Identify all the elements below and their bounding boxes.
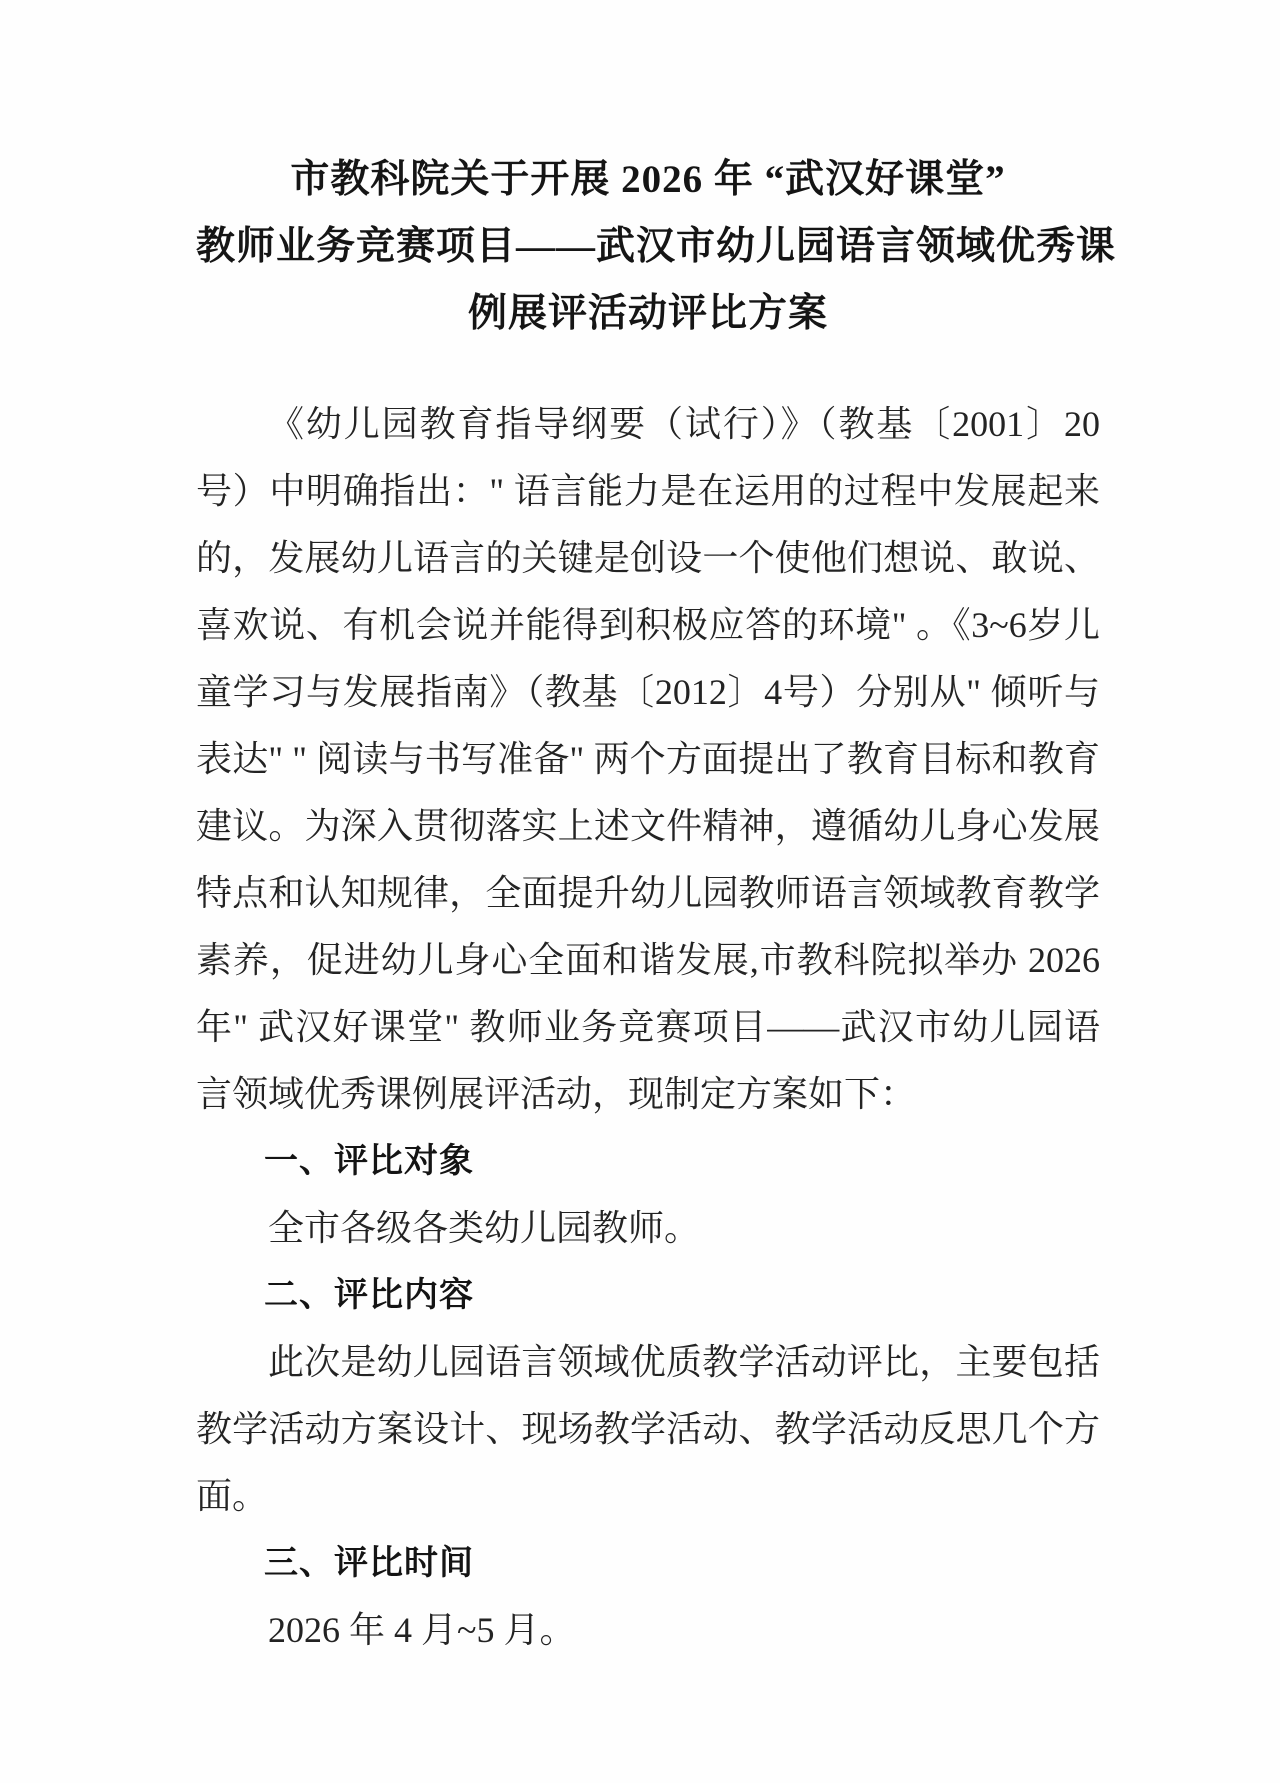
intro-paragraph: 《幼儿园教育指导纲要（试行）》（教基〔2001〕20号）中明确指出：" 语言能力… bbox=[196, 391, 1100, 1128]
section-3-heading: 三、评比时间 bbox=[196, 1530, 1100, 1597]
section-2-heading: 二、评比内容 bbox=[196, 1262, 1100, 1329]
title-line-1: 市教科院关于开展 2026 年 “武汉好课堂” bbox=[196, 146, 1100, 213]
section-2-paragraph: 此次是幼儿园语言领域优质教学活动评比，主要包括教学活动方案设计、现场教学活动、教… bbox=[196, 1329, 1100, 1530]
document-page: 市教科院关于开展 2026 年 “武汉好课堂” 教师业务竞赛项目——武汉市幼儿园… bbox=[0, 0, 1280, 1783]
section-1-paragraph: 全市各级各类幼儿园教师。 bbox=[196, 1195, 1100, 1262]
title-line-3: 例展评活动评比方案 bbox=[196, 280, 1100, 347]
document-title: 市教科院关于开展 2026 年 “武汉好课堂” 教师业务竞赛项目——武汉市幼儿园… bbox=[196, 146, 1100, 347]
document-body: 《幼儿园教育指导纲要（试行）》（教基〔2001〕20号）中明确指出：" 语言能力… bbox=[196, 391, 1100, 1664]
section-3-paragraph: 2026 年 4 月~5 月。 bbox=[196, 1597, 1100, 1664]
title-line-2: 教师业务竞赛项目——武汉市幼儿园语言领域优秀课 bbox=[196, 213, 1100, 280]
section-1-heading: 一、评比对象 bbox=[196, 1128, 1100, 1195]
